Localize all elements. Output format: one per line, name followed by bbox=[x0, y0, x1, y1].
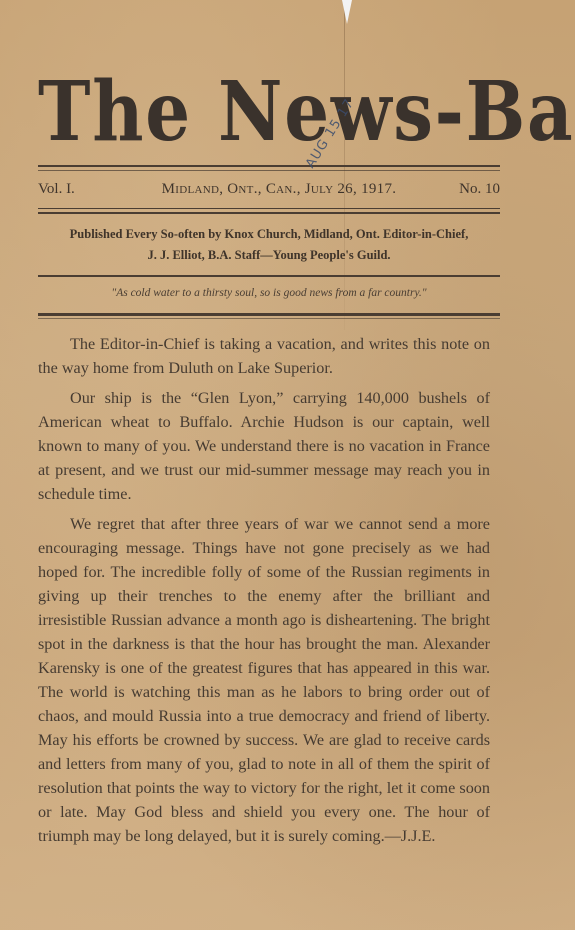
rule-top-thin bbox=[38, 170, 500, 171]
publisher-line-1: Published Every So-often by Knox Church,… bbox=[38, 227, 500, 242]
article-paragraph: We regret that after three years of war … bbox=[38, 512, 490, 848]
volume-label: Vol. I. bbox=[38, 181, 75, 198]
article-paragraph: The Editor-in-Chief is taking a vacation… bbox=[38, 332, 490, 380]
masthead-title: The News-Bag bbox=[38, 62, 437, 162]
place-date: Midland, Ont., Can., July 26, 1917. bbox=[162, 181, 397, 198]
issue-number: No. 10 bbox=[459, 181, 500, 198]
rule-publisher bbox=[38, 275, 500, 277]
dateline: Vol. I. Midland, Ont., Can., July 26, 19… bbox=[38, 178, 500, 200]
paper-tear bbox=[342, 0, 352, 24]
publisher-line-2: J. J. Elliot, B.A. Staff—Young People's … bbox=[38, 248, 500, 263]
article-paragraph: Our ship is the “Glen Lyon,” carrying 14… bbox=[38, 386, 490, 506]
rule-dateline-thin bbox=[38, 208, 500, 209]
rule-top-thick bbox=[38, 165, 500, 167]
rule-dateline-bottom bbox=[38, 212, 500, 214]
rule-motto-thick bbox=[38, 313, 500, 316]
rule-motto-thin bbox=[38, 318, 500, 319]
article-body: The Editor-in-Chief is taking a vacation… bbox=[38, 332, 490, 854]
motto: "As cold water to a thirsty soul, so is … bbox=[38, 287, 500, 299]
